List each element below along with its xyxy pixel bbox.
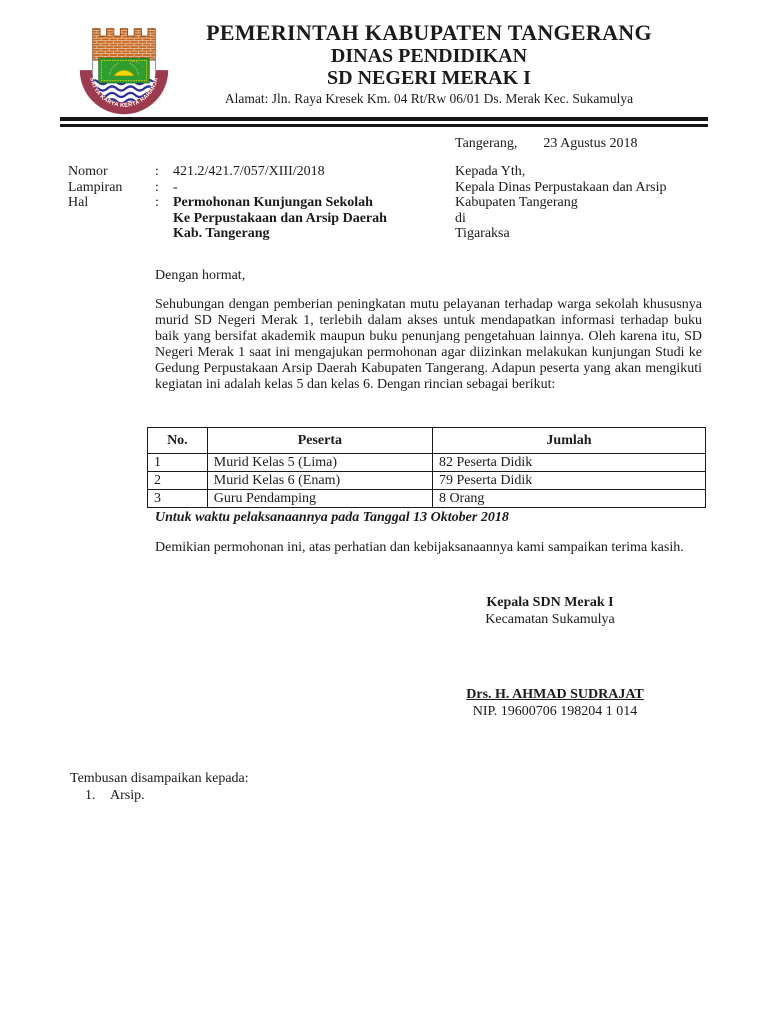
recipient-salutation: Kepada Yth,	[455, 164, 667, 180]
col-header-no: No.	[148, 428, 208, 454]
signer-district: Kecamatan Sukamulya	[455, 612, 645, 629]
meta-row-lampiran: Lampiran : -	[68, 180, 387, 196]
cell-jumlah: 82 Peserta Didik	[432, 454, 705, 472]
meta-row-hal: Hal : Permohonan Kunjungan Sekolah Ke Pe…	[68, 195, 387, 242]
cell-peserta: Murid Kelas 6 (Enam)	[207, 472, 432, 490]
table-header-row: No. Peserta Jumlah	[148, 428, 706, 454]
department-name: DINAS PENDIDIKAN	[150, 45, 708, 67]
signer-position: Kepala SDN Merak I	[455, 595, 645, 612]
recipient-city: Tigaraksa	[455, 226, 667, 242]
tembusan-block: Tembusan disampaikan kepada: 1.Arsip.	[70, 771, 249, 804]
col-header-jumlah: Jumlah	[432, 428, 705, 454]
signer-position-block: Kepala SDN Merak I Kecamatan Sukamulya	[455, 595, 645, 628]
emblem-fortress	[93, 29, 156, 60]
lampiran-value: -	[173, 180, 387, 196]
participants-table: No. Peserta Jumlah 1 Murid Kelas 5 (Lima…	[147, 427, 706, 508]
tembusan-item-text: Arsip.	[110, 788, 145, 803]
recipient-name: Kepala Dinas Perpustakaan dan Arsip	[455, 180, 667, 196]
tangerang-regency-emblem: SATYA KARYA KERTA RAHARJA	[78, 22, 170, 120]
school-name: SD NEGERI MERAK I	[150, 67, 708, 89]
hal-line1: Permohonan Kunjungan Sekolah	[173, 195, 387, 211]
tembusan-item-number: 1.	[85, 788, 110, 805]
table-row: 2 Murid Kelas 6 (Enam) 79 Peserta Didik	[148, 472, 706, 490]
date-line: Tangerang,23 Agustus 2018	[455, 136, 638, 152]
cell-jumlah: 79 Peserta Didik	[432, 472, 705, 490]
nomor-label: Nomor	[68, 164, 155, 180]
colon: :	[155, 180, 173, 196]
hal-line2: Ke Perpustakaan dan Arsip Daerah	[173, 211, 387, 227]
school-address: Alamat: Jln. Raya Kresek Km. 04 Rt/Rw 06…	[150, 91, 708, 107]
schedule-line: Untuk waktu pelaksanaannya pada Tanggal …	[155, 510, 509, 526]
cell-peserta: Guru Pendamping	[207, 490, 432, 508]
recipient-region: Kabupaten Tangerang	[455, 195, 667, 211]
hal-value: Permohonan Kunjungan Sekolah Ke Perpusta…	[173, 195, 387, 242]
nomor-value: 421.2/421.7/057/XIII/2018	[173, 164, 387, 180]
recipient-block: Kepada Yth, Kepala Dinas Perpustakaan da…	[455, 164, 667, 242]
tembusan-item: 1.Arsip.	[85, 788, 249, 805]
colon: :	[155, 195, 173, 211]
signer-name: Drs. H. AHMAD SUDRAJAT	[430, 687, 680, 704]
cell-jumlah: 8 Orang	[432, 490, 705, 508]
signer-identity-block: Drs. H. AHMAD SUDRAJAT NIP. 19600706 198…	[430, 687, 680, 720]
letter-meta: Nomor : 421.2/421.7/057/XIII/2018 Lampir…	[68, 164, 387, 242]
cell-no: 1	[148, 454, 208, 472]
col-header-peserta: Peserta	[207, 428, 432, 454]
table-row: 3 Guru Pendamping 8 Orang	[148, 490, 706, 508]
letter-paragraph-1: Sehubungan dengan pemberian peningkatan …	[155, 297, 702, 392]
cell-no: 2	[148, 472, 208, 490]
recipient-di: di	[455, 211, 667, 227]
hal-label: Hal	[68, 195, 155, 211]
lampiran-label: Lampiran	[68, 180, 155, 196]
signer-nip: NIP. 19600706 198204 1 014	[430, 704, 680, 721]
closing-paragraph: Demikian permohonan ini, atas perhatian …	[155, 540, 702, 556]
government-name: PEMERINTAH KABUPATEN TANGERANG	[150, 20, 708, 45]
letter-date: 23 Agustus 2018	[543, 136, 637, 151]
letter-salutation: Dengan hormat,	[155, 268, 245, 284]
colon: :	[155, 164, 173, 180]
table-row: 1 Murid Kelas 5 (Lima) 82 Peserta Didik	[148, 454, 706, 472]
letterhead: PEMERINTAH KABUPATEN TANGERANG DINAS PEN…	[150, 20, 708, 107]
tembusan-title: Tembusan disampaikan kepada:	[70, 771, 249, 788]
cell-no: 3	[148, 490, 208, 508]
hal-line3: Kab. Tangerang	[173, 226, 387, 242]
emblem-graphic: SATYA KARYA KERTA RAHARJA	[78, 22, 170, 120]
meta-row-nomor: Nomor : 421.2/421.7/057/XIII/2018	[68, 164, 387, 180]
cell-peserta: Murid Kelas 5 (Lima)	[207, 454, 432, 472]
letter-page: SATYA KARYA KERTA RAHARJA PEMERINTAH KAB…	[0, 0, 768, 1024]
letter-city: Tangerang,	[455, 136, 517, 151]
